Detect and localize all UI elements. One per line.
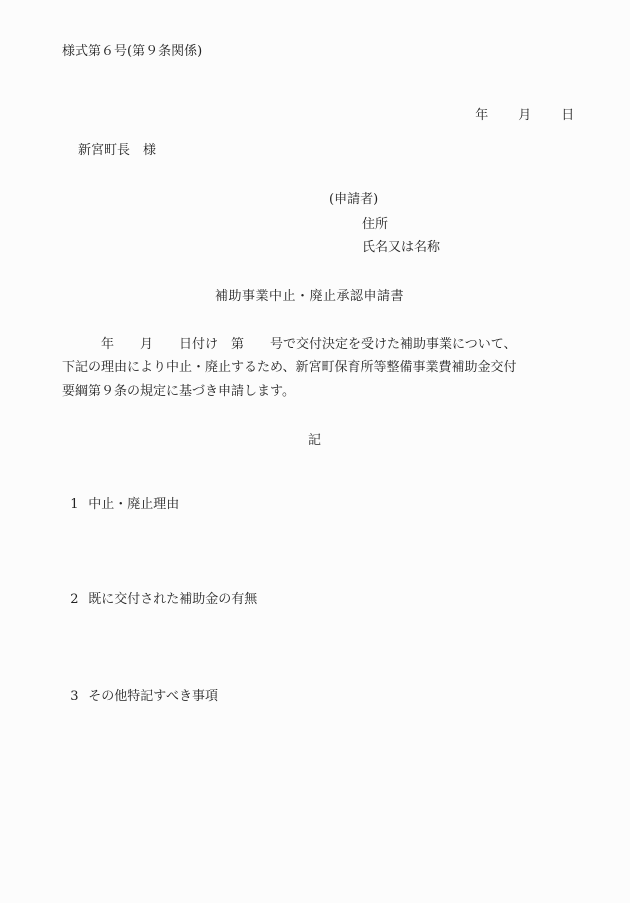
document-title: 補助事業中止・廃止承認申請書: [215, 290, 404, 303]
date-month-label: 月: [518, 109, 531, 122]
item-2: 2既に交付された補助金の有無: [62, 580, 257, 606]
item-number: 1: [70, 498, 88, 511]
applicant-address-label: 住所: [362, 218, 388, 231]
item-number: 3: [70, 690, 88, 703]
addressee: 新宮町長 様: [78, 144, 156, 157]
date-line: 年月日: [467, 96, 574, 122]
date-day-label: 日: [561, 109, 574, 122]
item-1: 1中止・廃止理由: [62, 485, 179, 511]
ki-heading: 記: [308, 434, 321, 447]
date-year-label: 年: [475, 109, 488, 122]
form-number: 様式第６号(第９条関係): [62, 45, 202, 58]
body-line-1: 年 月 日付け 第 号で交付決定を受けた補助事業について、: [62, 338, 516, 351]
applicant-heading: (申請者): [329, 193, 378, 206]
item-label: その他特記すべき事項: [88, 689, 218, 704]
item-number: 2: [70, 593, 88, 606]
item-label: 既に交付された補助金の有無: [88, 592, 257, 607]
item-label: 中止・廃止理由: [88, 497, 179, 512]
body-line-3: 要綱第９条の規定に基づき申請します。: [62, 385, 295, 398]
body-line-2: 下記の理由により中止・廃止するため、新宮町保育所等整備事業費補助金交付: [62, 361, 516, 374]
item-3: 3その他特記すべき事項: [62, 677, 218, 703]
applicant-name-label: 氏名又は名称: [362, 241, 440, 254]
